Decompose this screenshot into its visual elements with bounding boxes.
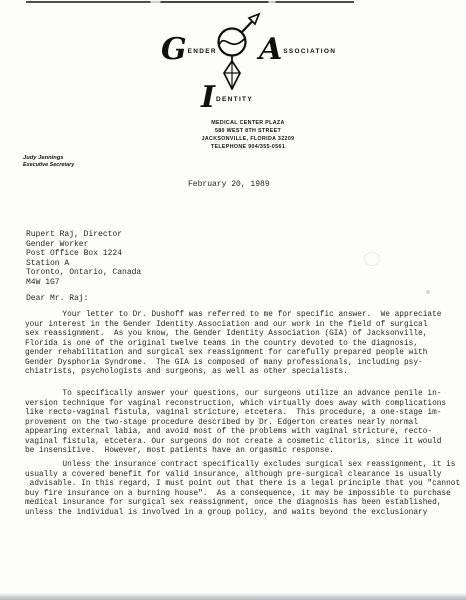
letter-page: GENDER ASSOCIATION IDENTITY MEDICAL CENT… <box>0 0 466 600</box>
secretary-block: Judy Jennings Executive Secretary <box>23 155 74 169</box>
salutation: Dear Mr. Raj: <box>26 294 88 303</box>
secretary-title: Executive Secretary <box>23 162 74 169</box>
address-line-3: JACKSONVILLE, FLORIDA 32209 <box>15 135 466 143</box>
identity-rest-letters: DENTITY <box>216 96 253 103</box>
identity-initial-letter: I <box>201 85 215 110</box>
body-paragraph-2: To specifically answer your questions, o… <box>25 390 446 457</box>
address-line-1: MEDICAL CENTER PLAZA <box>15 119 466 127</box>
association-rest-letters: SSOCIATION <box>283 48 336 55</box>
scan-smudge <box>426 290 430 294</box>
letter-date: February 20, 1989 <box>188 180 270 189</box>
association-initial-letter: A <box>259 37 282 62</box>
body-paragraph-3: Unless the insurance contract specifical… <box>25 461 460 518</box>
secretary-name: Judy Jennings <box>23 155 74 162</box>
gender-identity-symbol-icon <box>206 12 266 90</box>
recipient-address: Rupert Raj, Director Gender Worker Post … <box>26 230 141 288</box>
address-line-2: 580 WEST 8TH STREET <box>15 127 466 135</box>
scan-artifact-top <box>26 1 354 3</box>
gender-initial-letter: G <box>161 37 187 62</box>
body-paragraph-1: Your letter to Dr. Dushoff was referred … <box>25 311 441 378</box>
letterhead-word-identity: IDENTITY <box>201 85 253 110</box>
letterhead-address-block: MEDICAL CENTER PLAZA 580 WEST 8TH STREET… <box>15 119 466 151</box>
page-bottom-edge <box>0 593 466 600</box>
letterhead-word-association: ASSOCIATION <box>259 37 336 62</box>
address-phone: TELEPHONE 904/355-0561 <box>15 143 466 151</box>
scan-smudge <box>364 252 380 266</box>
